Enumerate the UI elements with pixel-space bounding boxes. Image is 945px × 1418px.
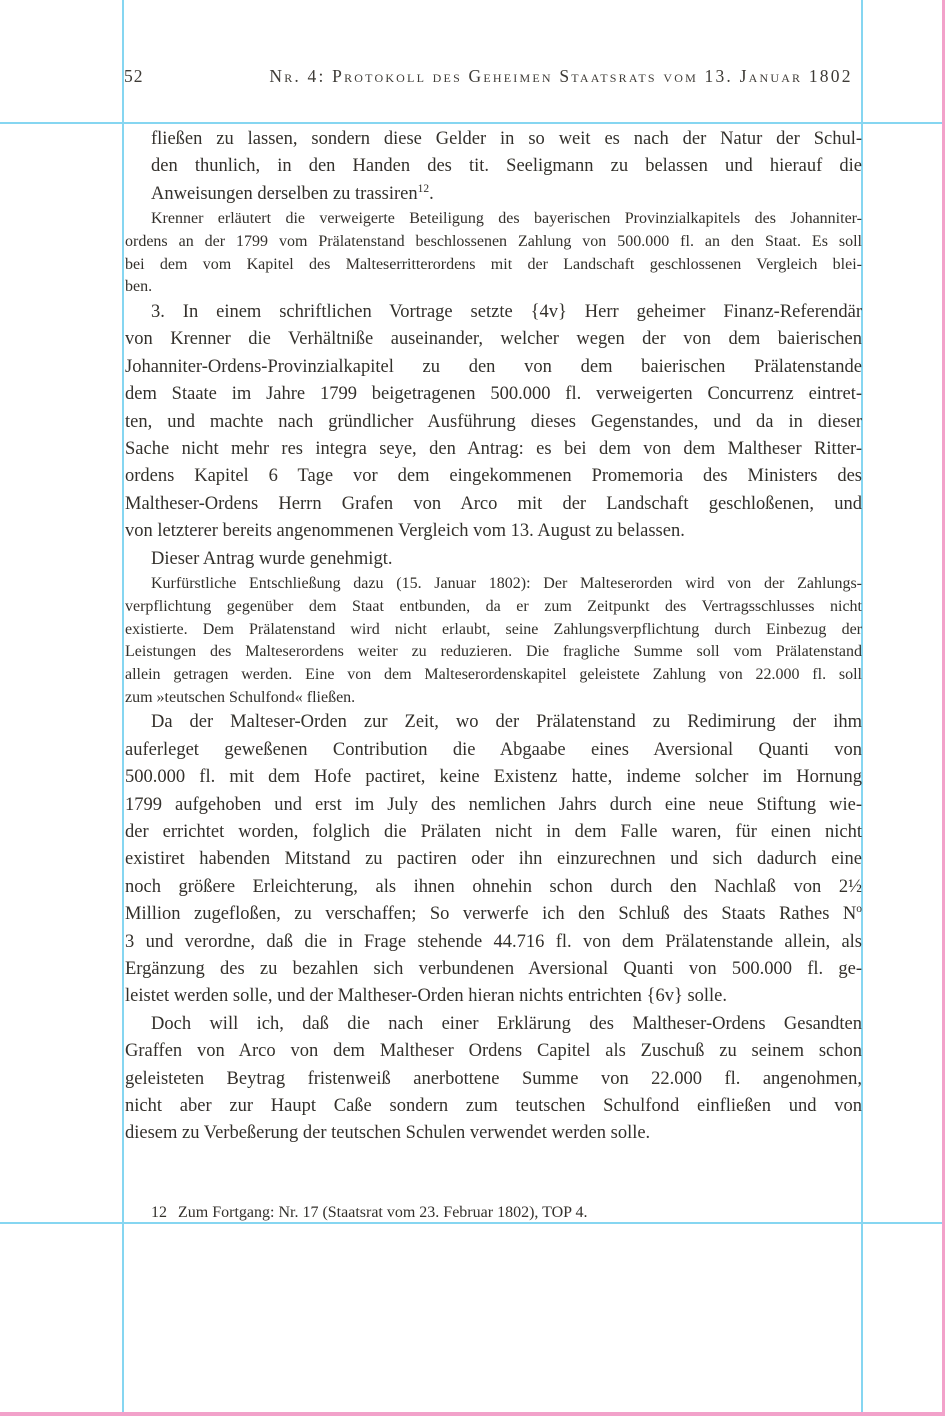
text-line: ordens Kapitel 6 Tage vor dem eingekomme… xyxy=(125,463,862,490)
text-line: Krenner erläutert die verweigerte Beteil… xyxy=(125,208,862,231)
text-line: existiret habenden Mitstand zu pactiren … xyxy=(125,846,862,873)
running-title: Nr. 4: Protokoll des Geheimen Staatsrats… xyxy=(122,66,862,87)
text-line: ordens an der 1799 vom Prälatenstand bes… xyxy=(125,231,862,254)
text-line: geleisteten Beytrag fristenweiß anerbott… xyxy=(125,1066,862,1093)
paragraph: Kurfürstliche Entschließung dazu (15. Ja… xyxy=(125,573,862,709)
text-line: Maltheser-Ordens Herrn Grafen von Arco m… xyxy=(125,491,862,518)
text-line: nicht aber zur Haupt Caße sondern zum te… xyxy=(125,1093,862,1120)
text-line: 500.000 fl. mit dem Hofe pactiret, keine… xyxy=(125,764,862,791)
text-line: 3 und verordne, daß die in Frage stehend… xyxy=(125,929,862,956)
text-line: Da der Malteser-Orden zur Zeit, wo der P… xyxy=(125,709,862,736)
text-line: den thunlich, in den Handen des tit. See… xyxy=(151,153,862,180)
text-line: Graffen von Arco von dem Maltheser Orden… xyxy=(125,1038,862,1065)
text-line: Johanniter-Ordens-Provinzialkapitel zu d… xyxy=(125,354,862,381)
text-line: Dieser Antrag wurde genehmigt. xyxy=(125,546,862,573)
paragraph: Doch will ich, daß die nach einer Erklär… xyxy=(125,1011,862,1148)
running-head: 52 Nr. 4: Protokoll des Geheimen Staatsr… xyxy=(122,66,862,90)
paragraph: 3. In einem schriftlichen Vortrage setzt… xyxy=(125,299,862,546)
text-line: dem Staate im Jahre 1799 beigetragenen 5… xyxy=(125,381,862,408)
footnote-number: 12 xyxy=(151,1204,167,1221)
text-line: Sache nicht mehr res integra seye, den A… xyxy=(125,436,862,463)
text-line: Ergänzung des zu bezahlen sich verbunden… xyxy=(125,956,862,983)
text-line: zum »teutschen Schulfond« fließen. xyxy=(125,687,862,710)
text-line: der errichtet worden, folglich die Präla… xyxy=(125,819,862,846)
paragraph: Da der Malteser-Orden zur Zeit, wo der P… xyxy=(125,709,862,1010)
text-line: Leistungen des Malteserordens weiter zu … xyxy=(125,641,862,664)
page-body-text: fließen zu lassen, sondern diese Gelder … xyxy=(125,126,862,1148)
text-line: von Krenner die Verhältniße auseinander,… xyxy=(125,326,862,353)
crop-mark-horizontal-bottom xyxy=(0,1412,945,1416)
book-page: 52 Nr. 4: Protokoll des Geheimen Staatsr… xyxy=(0,0,945,1418)
text-line: von letzterer bereits angenommenen Vergl… xyxy=(125,518,862,545)
footnote: 12Zum Fortgang: Nr. 17 (Staatsrat vom 23… xyxy=(125,1201,862,1224)
text-line: verpflichtung gegenüber dem Staat entbun… xyxy=(125,596,862,619)
text-line: Anweisungen derselben zu trassiren12. xyxy=(151,181,862,208)
text-line: ten, und machte nach gründlicher Ausführ… xyxy=(125,409,862,436)
text-line: auferleget geweßenen Contribution die Ab… xyxy=(125,737,862,764)
paragraph: Krenner erläutert die verweigerte Beteil… xyxy=(125,208,862,299)
text-line: fließen zu lassen, sondern diese Gelder … xyxy=(151,126,862,153)
text-line: bei dem vom Kapitel des Malteserritteror… xyxy=(125,254,862,277)
margin-guide-horizontal-top xyxy=(0,122,945,124)
text-line: allein getragen werden. Eine von dem Mal… xyxy=(125,664,862,687)
footnote-text: Zum Fortgang: Nr. 17 (Staatsrat vom 23. … xyxy=(178,1204,587,1221)
text-line: diesem zu Verbeßerung der teutschen Schu… xyxy=(125,1120,862,1147)
text-line: existierte. Dem Prälatenstand wird nicht… xyxy=(125,619,862,642)
paragraph: fließen zu lassen, sondern diese Gelder … xyxy=(125,126,862,208)
text-line: Kurfürstliche Entschließung dazu (15. Ja… xyxy=(125,573,862,596)
text-line: leistet werden solle, und der Maltheser-… xyxy=(125,983,862,1010)
margin-guide-vertical-left xyxy=(122,0,124,1413)
text-line: Doch will ich, daß die nach einer Erklär… xyxy=(125,1011,862,1038)
text-line: Million zugefloßen, zu verschaffen; So v… xyxy=(125,901,862,928)
text-line: 3. In einem schriftlichen Vortrage setzt… xyxy=(125,299,862,326)
text-line: noch größere Erleichterung, als ihnen oh… xyxy=(125,874,862,901)
text-line: ben. xyxy=(125,276,862,299)
text-line: 1799 aufgehoben und erst im July des nem… xyxy=(125,792,862,819)
paragraph: Dieser Antrag wurde genehmigt. xyxy=(125,546,862,573)
